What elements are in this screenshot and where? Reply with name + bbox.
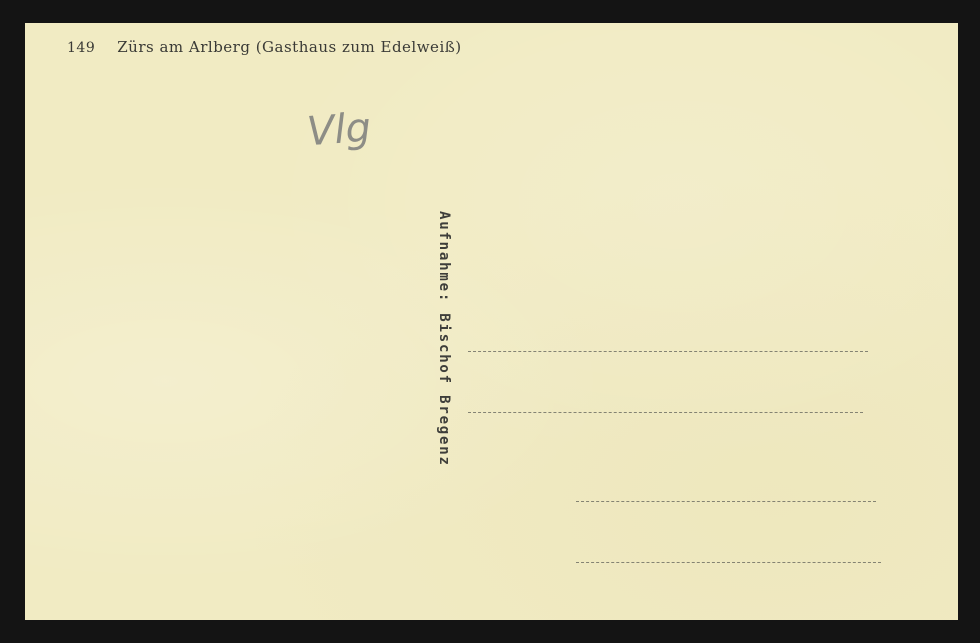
photographer-credit: Aufnahme: Bischof Bregenz xyxy=(436,211,452,467)
postcard-number: 149 xyxy=(67,40,95,56)
handwritten-note: Vlg xyxy=(305,105,372,155)
address-line-1 xyxy=(468,351,868,353)
address-line-3 xyxy=(576,501,876,503)
postcard-caption: 149Zürs am Arlberg (Gasthaus zum Edelwei… xyxy=(67,38,462,56)
caption-text: Zürs am Arlberg (Gasthaus zum Edelweiß) xyxy=(117,38,461,56)
postcard-back: 149Zürs am Arlberg (Gasthaus zum Edelwei… xyxy=(25,23,958,620)
address-line-2 xyxy=(468,412,863,414)
address-line-4 xyxy=(576,562,881,564)
